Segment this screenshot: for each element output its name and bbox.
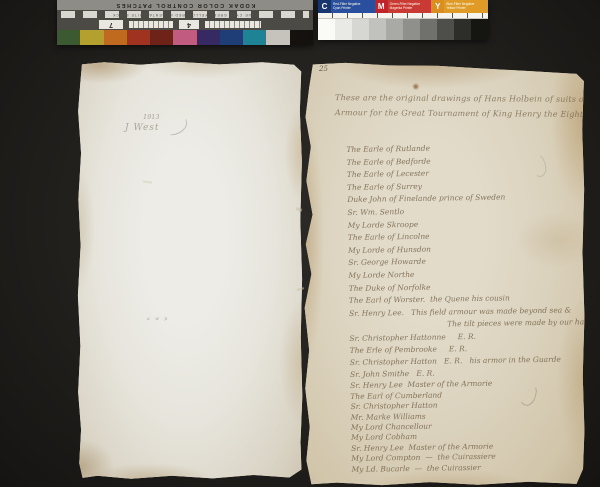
magenta-printer-line2: Magenta Printer xyxy=(390,6,413,10)
color-patch xyxy=(80,30,103,45)
title-line-2: Armour for the Great Tournament of King … xyxy=(335,105,579,122)
magenta-printer-label: Green-Filter Negative Magenta Printer xyxy=(388,0,432,13)
scale-dashes-right xyxy=(205,21,261,28)
kodak-gray-scale-strip: C Red-Filter Negative Cyan Printer M Gre… xyxy=(318,0,488,40)
pencil-flourish xyxy=(168,119,189,136)
gray-step xyxy=(437,19,454,40)
paper-fray xyxy=(143,180,152,183)
gray-step xyxy=(318,19,335,40)
color-strip-title-band: KODAK COLOR CONTROL PATCHES xyxy=(57,0,313,10)
color-patch xyxy=(197,30,220,45)
cyan-printer-letter: C xyxy=(318,0,331,13)
color-patch xyxy=(57,30,80,45)
color-patch xyxy=(290,30,313,45)
list-item-continuation: The tilt pieces were made by our hands xyxy=(447,316,598,331)
gray-strip-header: C Red-Filter Negative Cyan Printer M Gre… xyxy=(318,0,488,13)
cyan-printer-line2: Cyan Printer xyxy=(333,6,351,10)
color-patch xyxy=(127,30,150,45)
manuscript-photograph: KODAK COLOR CONTROL PATCHES BLUE CYAN GR… xyxy=(0,0,600,487)
yellow-printer-line2: Yellow Printer xyxy=(446,6,465,10)
left-page: 1913 J West a w p xyxy=(77,61,303,480)
color-patch xyxy=(173,30,196,45)
scale-number-right: 4 xyxy=(179,20,199,29)
color-patch xyxy=(266,30,289,45)
list-group-lower: Sr. Henry Lee Master of the Armorie The … xyxy=(350,377,600,475)
gray-step xyxy=(471,19,488,40)
color-patch xyxy=(220,30,243,45)
manuscript-title: These are the original drawings of Hans … xyxy=(335,90,579,122)
right-page: 25 These are the original drawings of Ha… xyxy=(303,62,585,486)
yellow-printer-letter: Y xyxy=(431,0,444,13)
gray-step xyxy=(335,19,352,40)
gray-step xyxy=(420,19,437,40)
list-group-middle: Sr. Christopher Hattonne E. R. The Erle … xyxy=(349,329,598,381)
pencil-inscription-name: J West xyxy=(125,123,160,133)
color-patch xyxy=(150,30,173,45)
color-patch xyxy=(243,30,266,45)
armour-owners-list: The Earle of Rutlande The Earle of Bedfo… xyxy=(346,140,600,475)
list-group-upper: The Earle of Rutlande The Earle of Bedfo… xyxy=(346,140,597,333)
kodak-color-patches-strip: KODAK COLOR CONTROL PATCHES BLUE CYAN GR… xyxy=(57,0,313,45)
color-patch xyxy=(104,30,127,45)
yellow-printer-label: Blue-Filter Negative Yellow Printer xyxy=(444,0,488,13)
gray-step-row xyxy=(318,19,488,40)
title-line-1: These are the original drawings of Hans … xyxy=(335,90,579,107)
gray-step xyxy=(454,19,471,40)
color-strip-scale-row: 7 4 xyxy=(57,19,313,30)
cyan-printer-label: Red-Filter Negative Cyan Printer xyxy=(331,0,375,13)
gray-step xyxy=(352,19,369,40)
faint-pencil-mark: a w p xyxy=(147,317,169,322)
scale-number-left: 7 xyxy=(99,20,123,29)
scale-dashes-left xyxy=(129,21,173,28)
color-strip-patch-names: BLUE CYAN GREEN YELLOW RED MAGENTA WHITE… xyxy=(61,11,309,18)
color-strip-title: KODAK COLOR CONTROL PATCHES xyxy=(115,2,255,8)
gray-step xyxy=(386,19,403,40)
patch-names-text: BLUE CYAN GREEN YELLOW RED MAGENTA WHITE… xyxy=(112,13,257,17)
page-number: 25 xyxy=(319,65,328,73)
color-patch-row xyxy=(57,30,313,45)
gray-step xyxy=(403,19,420,40)
gray-step xyxy=(369,19,386,40)
pencil-inscription-year: 1913 xyxy=(143,113,160,121)
magenta-printer-letter: M xyxy=(375,0,388,13)
